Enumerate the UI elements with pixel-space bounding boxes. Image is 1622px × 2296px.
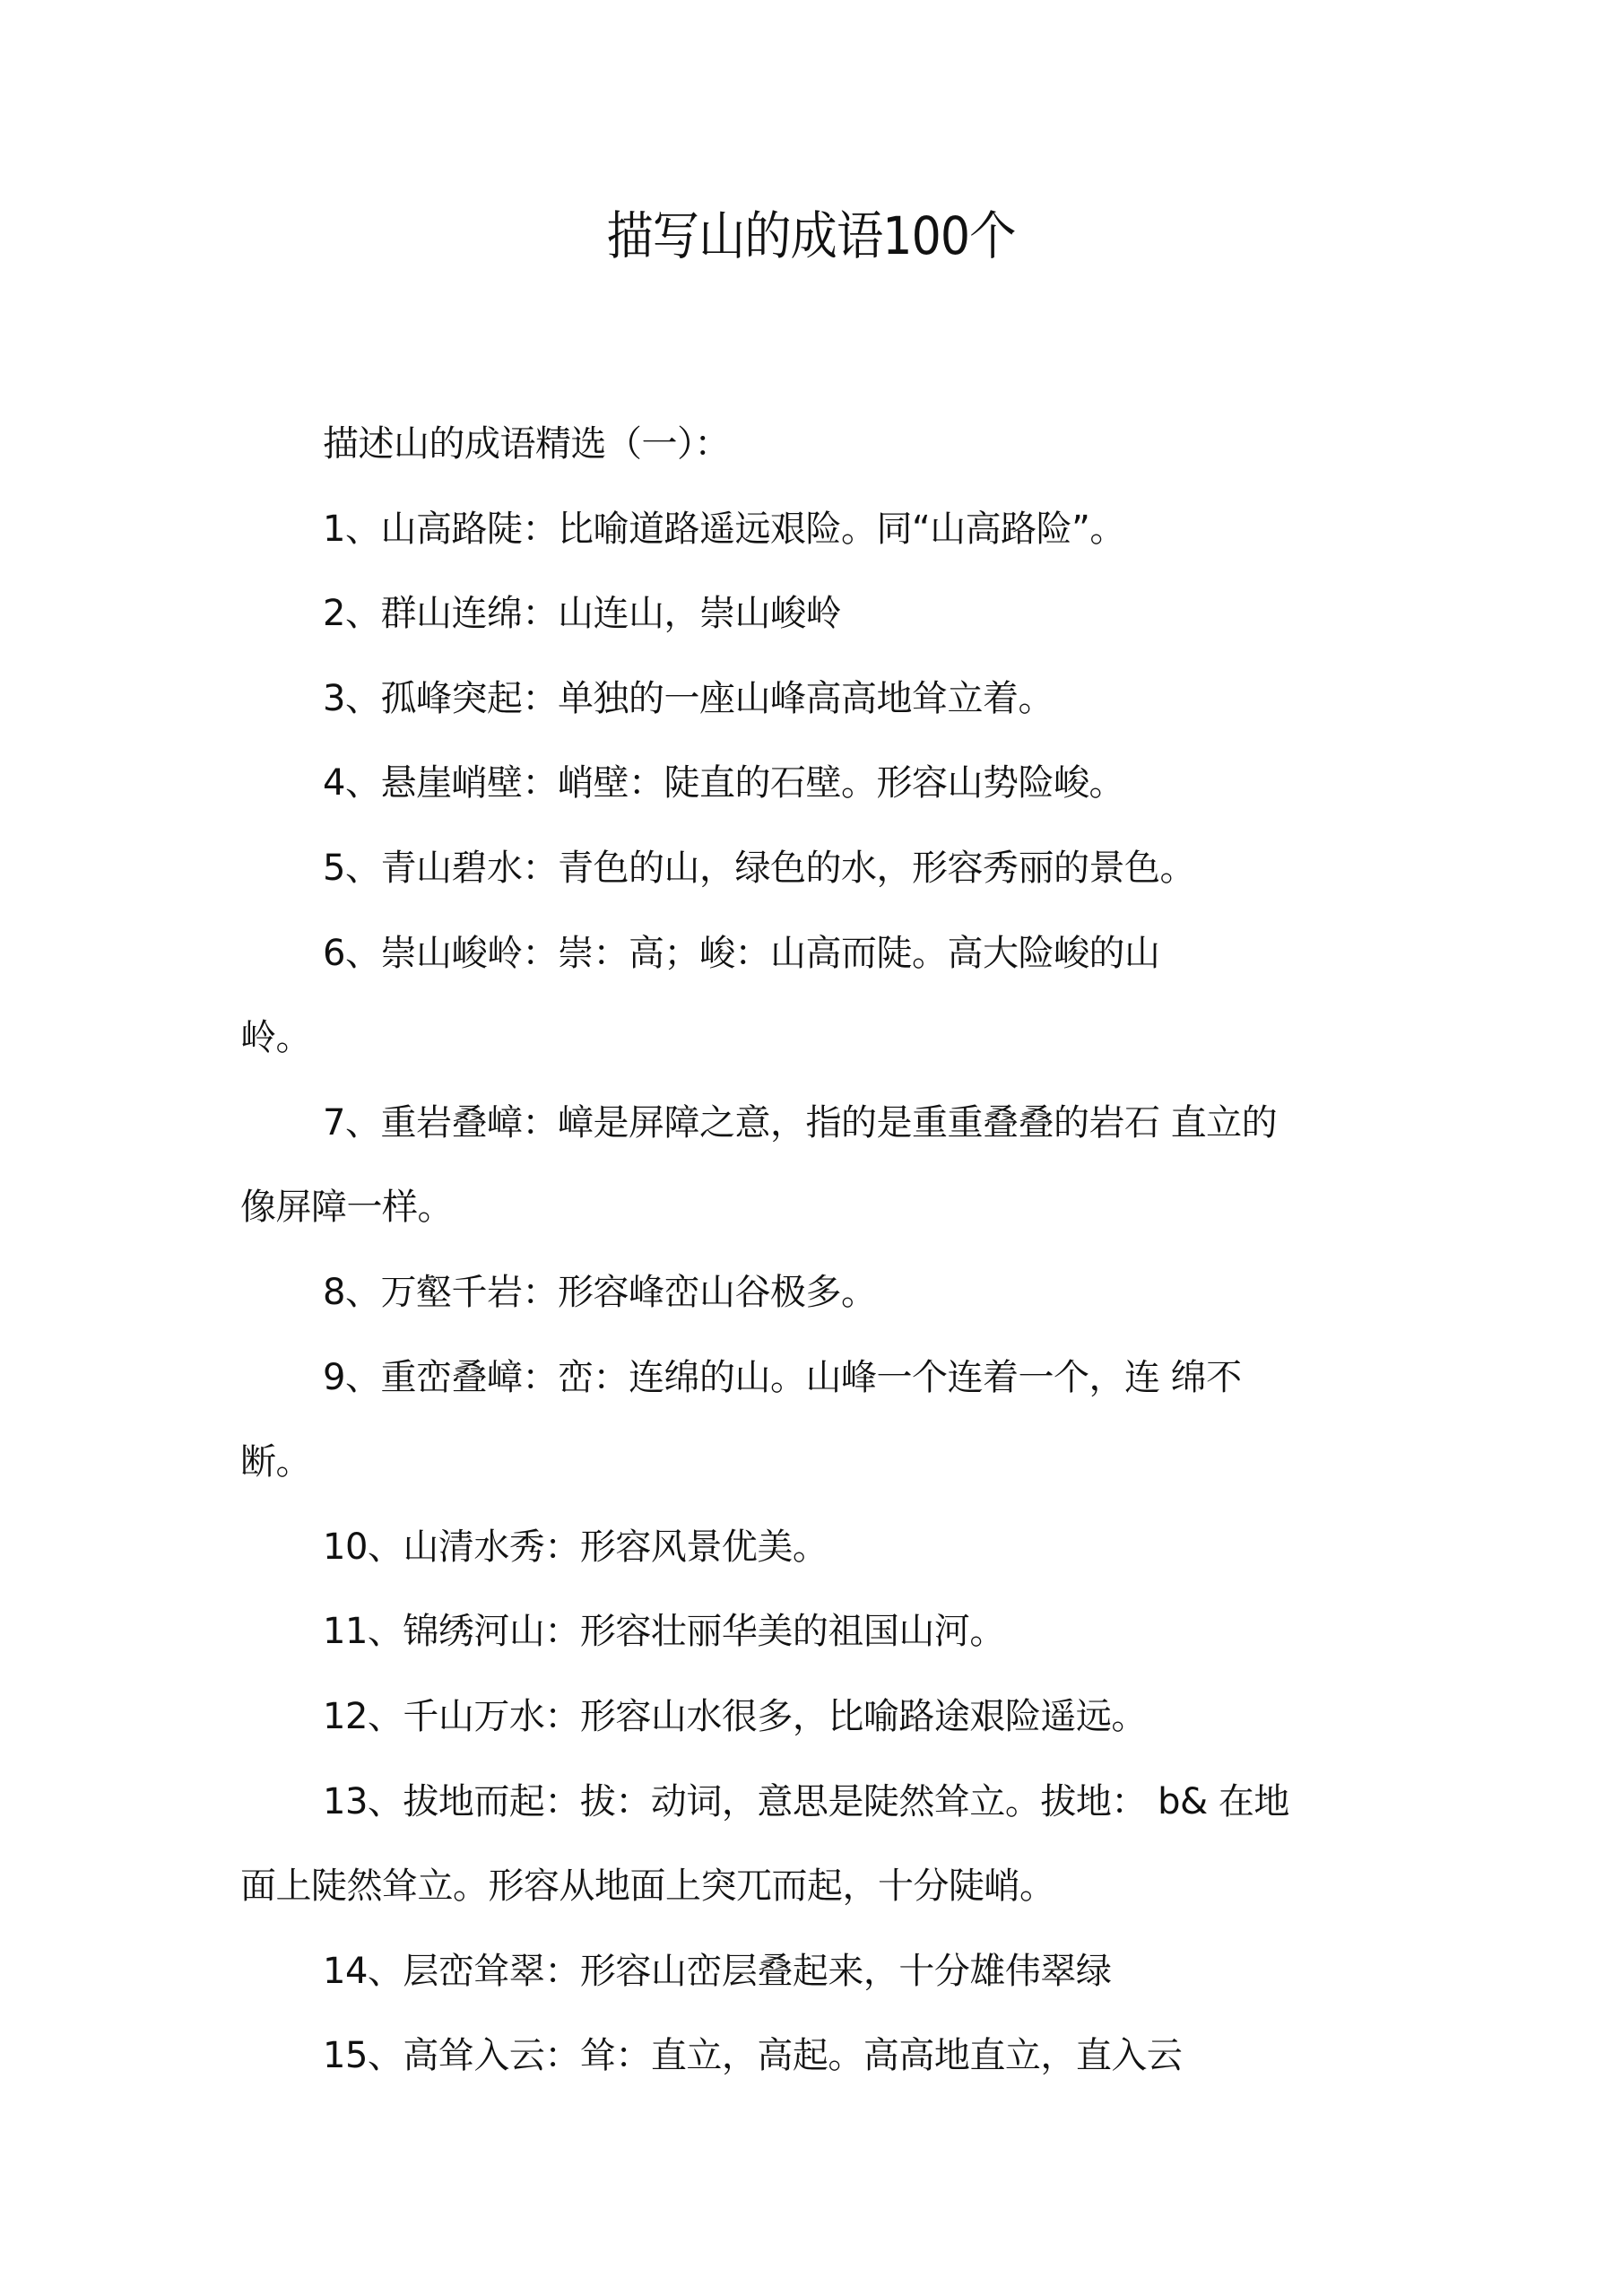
entry-text: 10、山清水秀：形容风景优美。 bbox=[323, 1526, 828, 1568]
idiom-entry-4: 4、悬崖峭壁：峭壁：陡直的石壁。形容山势险峻。 bbox=[240, 741, 1388, 826]
entry-text: 8、万壑千岩：形容峰峦山谷极多。 bbox=[323, 1272, 876, 1313]
entry-text-line-2: 岭。 bbox=[240, 996, 1388, 1081]
idiom-entry-1: 1、山高路陡：比喻道路遥远艰险。同“山高路险”。 bbox=[240, 487, 1388, 572]
idiom-entry-12: 12、千山万水：形容山水很多，比喻路途艰险遥远。 bbox=[240, 1674, 1388, 1760]
idiom-entry-13: 13、拔地而起：拔：动词，意思是陡然耸立。拔地： b& 在地面上陡然耸立。形容从… bbox=[240, 1760, 1388, 1929]
entry-text-line-1: 9、重峦叠嶂：峦：连绵的山。山峰一个连着一个，连 绵不 bbox=[323, 1357, 1242, 1398]
idiom-entry-2: 2、群山连绵：山连山，崇山峻岭 bbox=[240, 571, 1388, 657]
entry-text-line-2: 像屏障一样。 bbox=[240, 1165, 1388, 1250]
idiom-entry-5: 5、青山碧水：青色的山，绿色的水，形容秀丽的景色。 bbox=[240, 826, 1388, 911]
entry-text-line-2: 断。 bbox=[240, 1420, 1388, 1505]
idiom-entry-10: 10、山清水秀：形容风景优美。 bbox=[240, 1505, 1388, 1590]
entry-text: 4、悬崖峭壁：峭壁：陡直的石壁。形容山势险峻。 bbox=[323, 762, 1124, 804]
idiom-entry-3: 3、孤峰突起：单独的一座山峰高高地耸立着。 bbox=[240, 657, 1388, 742]
idiom-entry-6: 6、崇山峻岭：崇：高；峻：山高而陡。高大险峻的山岭。 bbox=[240, 911, 1388, 1081]
entry-text: 2、群山连绵：山连山，崇山峻岭 bbox=[323, 593, 841, 634]
document-page: 描写山的成语100个 描述山的成语精选（一）： 1、山高路陡：比喻道路遥远艰险。… bbox=[0, 0, 1622, 2296]
idiom-entry-7: 7、重岩叠嶂：嶂是屏障之意，指的是重重叠叠的岩石 直立的像屏障一样。 bbox=[240, 1081, 1388, 1250]
entry-text-line-1: 7、重岩叠嶂：嶂是屏障之意，指的是重重叠叠的岩石 直立的 bbox=[323, 1102, 1277, 1144]
section-heading-text: 描述山的成语精选（一）： bbox=[323, 423, 730, 465]
entry-text: 12、千山万水：形容山水很多，比喻路途艰险遥远。 bbox=[323, 1696, 1147, 1737]
idiom-entry-8: 8、万壑千岩：形容峰峦山谷极多。 bbox=[240, 1250, 1388, 1335]
entry-text: 1、山高路陡：比喻道路遥远艰险。同“山高路险”。 bbox=[323, 509, 1125, 550]
entry-text-line-2: 面上陡然耸立。形容从地面上突兀而起，十分陡峭。 bbox=[240, 1844, 1388, 1929]
entry-text-line-1: 13、拔地而起：拔：动词，意思是陡然耸立。拔地： b& 在地 bbox=[323, 1781, 1289, 1822]
entry-text: 15、高耸入云：耸：直立，高起。高高地直立，直入云 bbox=[323, 2035, 1182, 2076]
document-body: 描述山的成语精选（一）： 1、山高路陡：比喻道路遥远艰险。同“山高路险”。 2、… bbox=[240, 402, 1388, 2099]
idiom-entry-11: 11、锦绣河山：形容壮丽华美的祖国山河。 bbox=[240, 1589, 1388, 1674]
idiom-entry-14: 14、层峦耸翠：形容山峦层叠起来，十分雄伟翠绿 bbox=[240, 1929, 1388, 2014]
entry-text: 3、孤峰突起：单独的一座山峰高高地耸立着。 bbox=[323, 678, 1054, 719]
idiom-entry-9: 9、重峦叠嶂：峦：连绵的山。山峰一个连着一个，连 绵不断。 bbox=[240, 1335, 1388, 1505]
entry-text: 11、锦绣河山：形容壮丽华美的祖国山河。 bbox=[323, 1611, 1005, 1652]
entry-text: 5、青山碧水：青色的山，绿色的水，形容秀丽的景色。 bbox=[323, 848, 1195, 889]
idiom-entry-15: 15、高耸入云：耸：直立，高起。高高地直立，直入云 bbox=[240, 2013, 1388, 2099]
document-title: 描写山的成语100个 bbox=[81, 204, 1540, 267]
entry-text: 14、层峦耸翠：形容山峦层叠起来，十分雄伟翠绿 bbox=[323, 1951, 1111, 1992]
section-heading: 描述山的成语精选（一）： bbox=[240, 402, 1388, 487]
entry-text-line-1: 6、崇山峻岭：崇：高；峻：山高而陡。高大险峻的山 bbox=[323, 933, 1159, 974]
